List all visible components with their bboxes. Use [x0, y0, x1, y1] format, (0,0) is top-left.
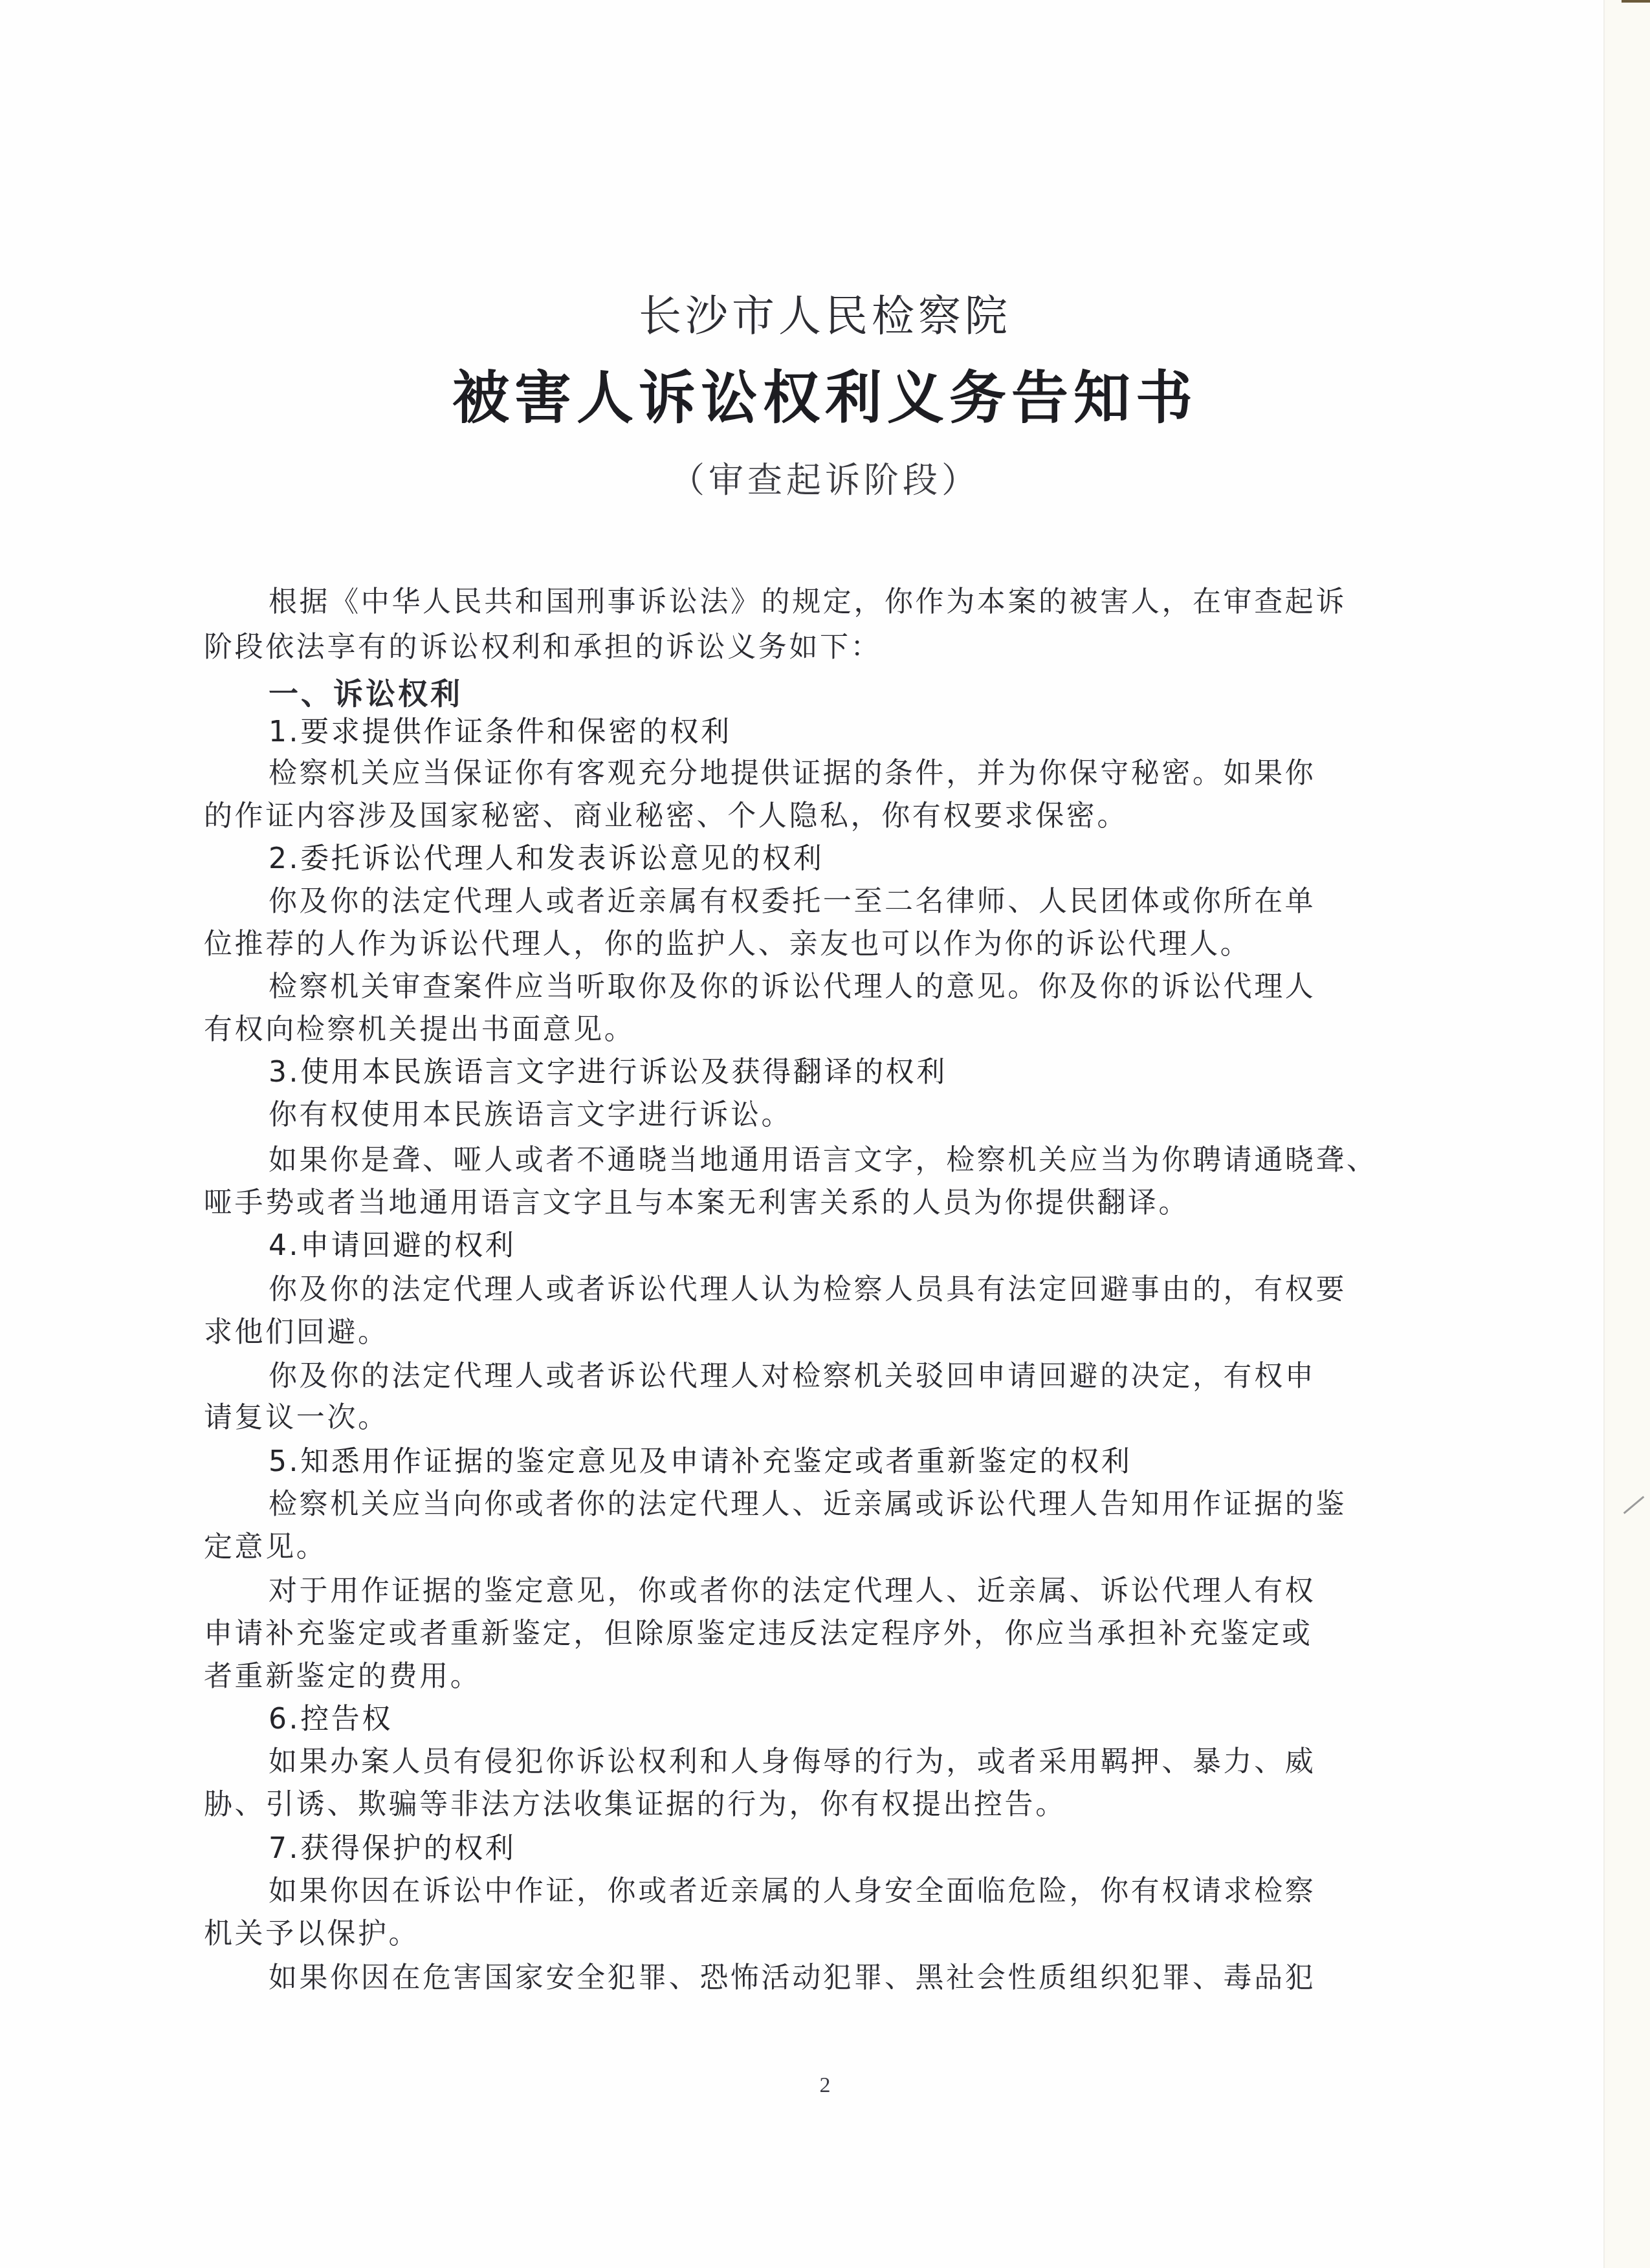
body-text-line: 如果你因在诉讼中作证，你或者近亲属的人身安全面临危险，你有权请求检察 — [269, 1875, 1472, 1908]
body-text-line: 者重新鉴定的费用。 — [204, 1660, 1407, 1694]
right-subheading: 7.获得保护的权利 — [269, 1832, 1472, 1866]
right-subheading: 4.申请回避的权利 — [269, 1229, 1472, 1263]
body-text-line: 对于用作证据的鉴定意见，你或者你的法定代理人、近亲属、诉讼代理人有权 — [269, 1575, 1472, 1608]
body-text-line: 根据《中华人民共和国刑事诉讼法》的规定，你作为本案的被害人，在审查起诉 — [269, 585, 1472, 619]
page-number: 2 — [0, 2073, 1650, 2098]
body-text-line: 检察机关应当向你或者你的法定代理人、近亲属或诉讼代理人告知用作证据的鉴 — [269, 1488, 1472, 1521]
scan-edge-mark — [1622, 0, 1650, 3]
body-text-line: 请复议一次。 — [204, 1401, 1407, 1435]
body-text-line: 你有权使用本民族语言文字进行诉讼。 — [269, 1098, 1472, 1132]
right-subheading: 2.委托诉讼代理人和发表诉讼意见的权利 — [269, 842, 1472, 876]
document-page: 长沙市人民检察院 被害人诉讼权利义务告知书 （审查起诉阶段） 根据《中华人民共和… — [0, 0, 1650, 2268]
body-text-line: 阶段依法享有的诉讼权利和承担的诉讼义务如下： — [204, 631, 1407, 664]
document-stage-subtitle: （审查起诉阶段） — [0, 453, 1650, 503]
body-text-line: 机关予以保护。 — [204, 1917, 1407, 1951]
body-text-line: 定意见。 — [204, 1531, 1407, 1564]
body-text-line: 检察机关审查案件应当听取你及你的诉讼代理人的意见。你及你的诉讼代理人 — [269, 970, 1472, 1004]
section-heading: 一、诉讼权利 — [269, 677, 1472, 710]
body-text-line: 你及你的法定代理人或者近亲属有权委托一至二名律师、人民团体或你所在单 — [269, 885, 1472, 919]
body-text-line: 你及你的法定代理人或者诉讼代理人对检察机关驳回申请回避的决定，有权申 — [269, 1360, 1472, 1393]
body-text-line: 申请补充鉴定或者重新鉴定，但除原鉴定违反法定程序外，你应当承担补充鉴定或 — [204, 1617, 1407, 1651]
body-text-line: 如果你是聋、哑人或者不通晓当地通用语言文字，检察机关应当为你聘请通晓聋、 — [269, 1144, 1472, 1177]
body-text-line: 如果你因在危害国家安全犯罪、恐怖活动犯罪、黑社会性质组织犯罪、毒品犯 — [269, 1961, 1472, 1995]
body-text-line: 哑手势或者当地通用语言文字且与本案无利害关系的人员为你提供翻译。 — [204, 1186, 1407, 1220]
right-subheading: 6.控告权 — [269, 1703, 1472, 1736]
body-text-line: 你及你的法定代理人或者诉讼代理人认为检察人员具有法定回避事由的，有权要 — [269, 1273, 1472, 1307]
body-text-line: 检察机关应当保证你有客观充分地提供证据的条件，并为你保守秘密。如果你 — [269, 757, 1472, 791]
right-subheading: 5.知悉用作证据的鉴定意见及申请补充鉴定或者重新鉴定的权利 — [269, 1445, 1472, 1479]
body-text-line: 胁、引诱、欺骗等非法方法收集证据的行为，你有权提出控告。 — [204, 1788, 1407, 1822]
right-subheading: 1.要求提供作证条件和保密的权利 — [269, 715, 1472, 749]
body-text-line: 有权向检察机关提出书面意见。 — [204, 1013, 1407, 1047]
body-text-line: 求他们回避。 — [204, 1316, 1407, 1349]
right-subheading: 3.使用本民族语言文字进行诉讼及获得翻译的权利 — [269, 1056, 1472, 1089]
body-text-line: 位推荐的人作为诉讼代理人，你的监护人、亲友也可以作为你的诉讼代理人。 — [204, 928, 1407, 961]
document-title: 被害人诉讼权利义务告知书 — [0, 353, 1650, 434]
body-text-line: 如果办案人员有侵犯你诉讼权利和人身侮辱的行为，或者采用羁押、暴力、威 — [269, 1745, 1472, 1779]
body-text-line: 的作证内容涉及国家秘密、商业秘密、个人隐私，你有权要求保密。 — [204, 800, 1407, 833]
issuing-organization: 长沙市人民检察院 — [0, 281, 1650, 343]
